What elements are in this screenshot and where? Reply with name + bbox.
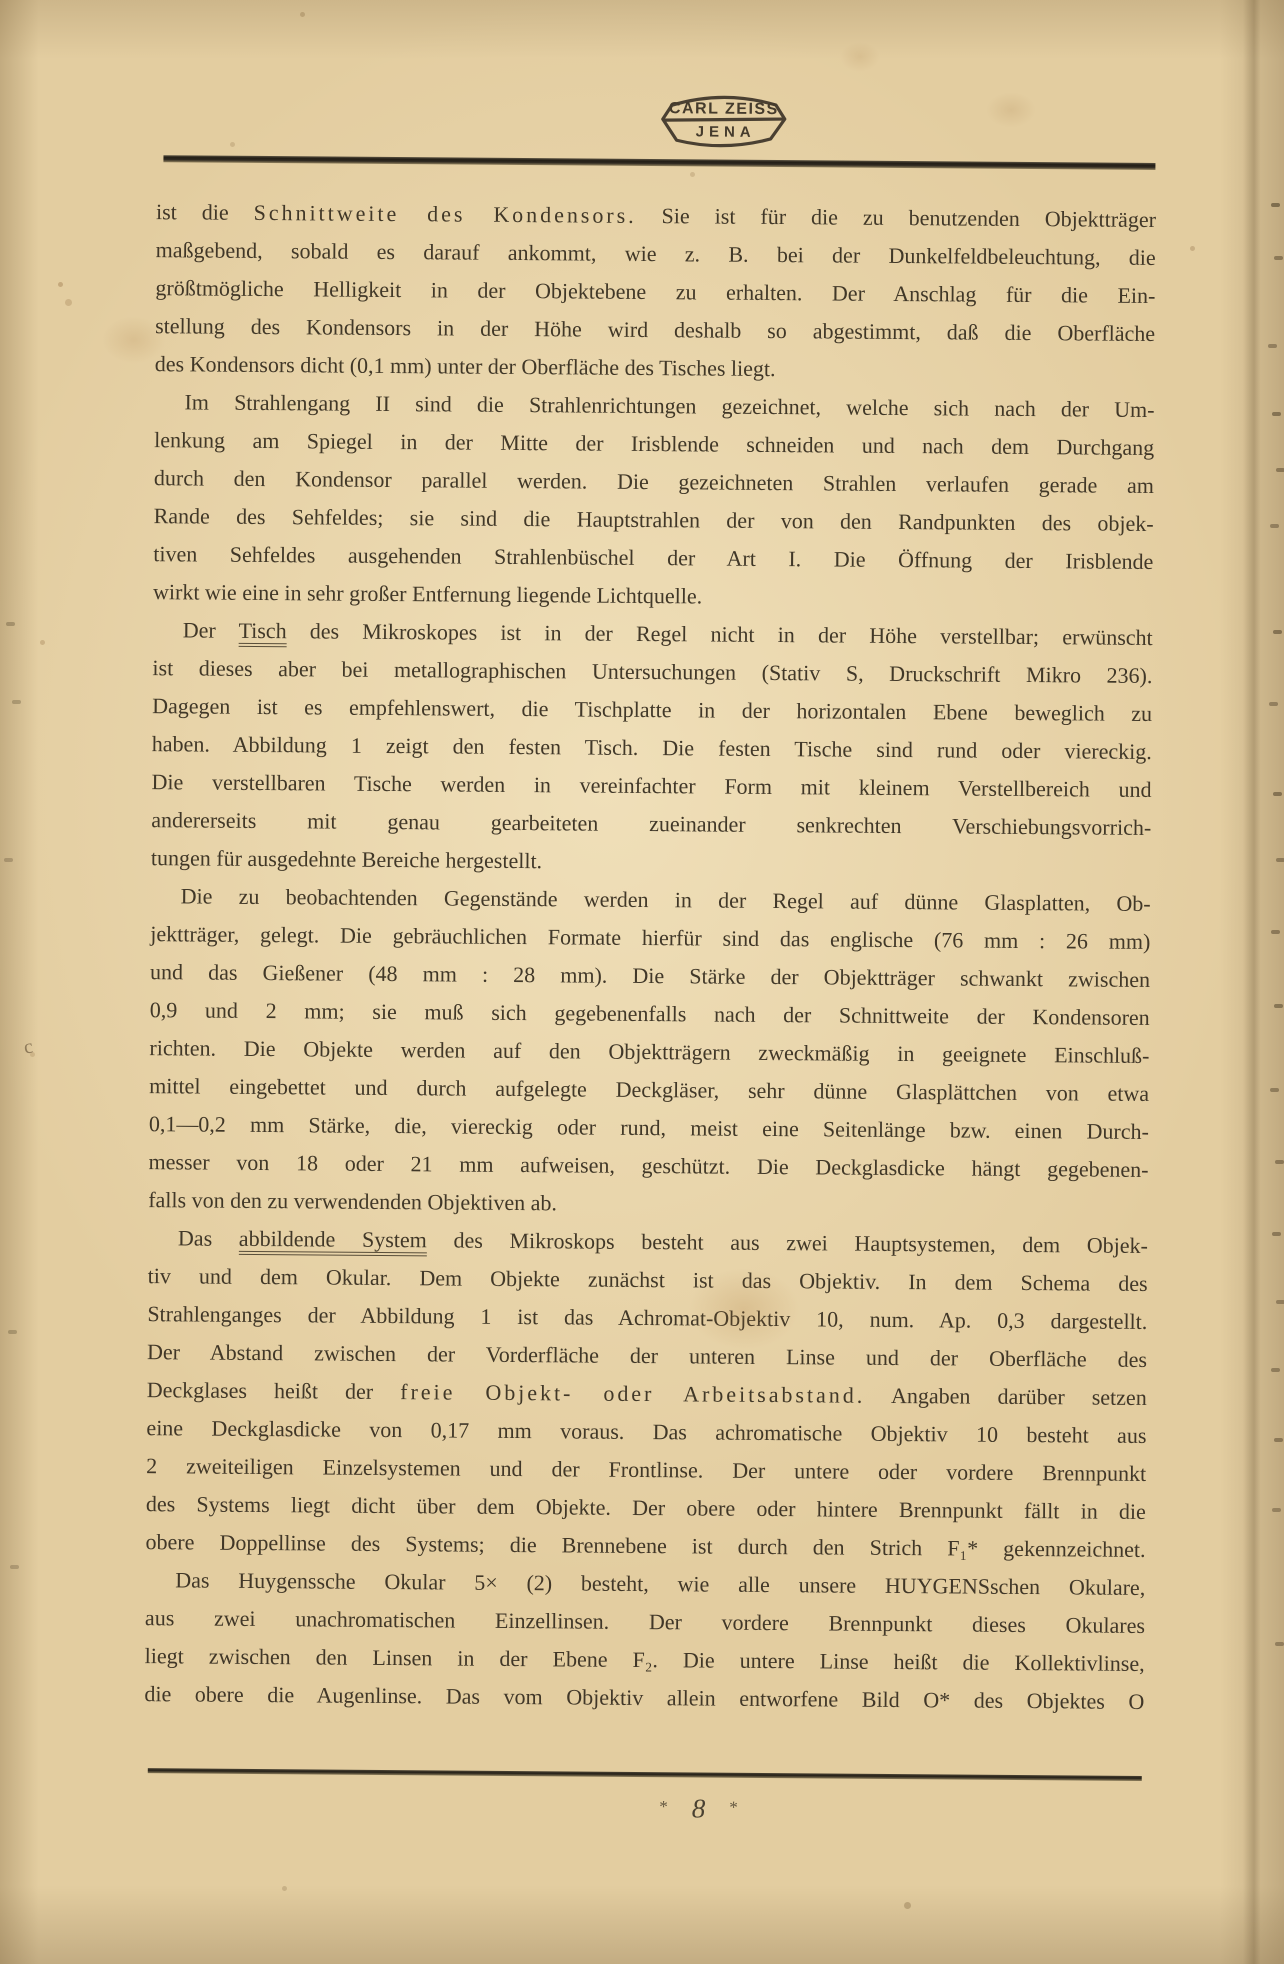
logo-text-bottom: JENA (696, 123, 756, 140)
page-footer: *8* (398, 1791, 998, 1827)
zeiss-badge-icon: CARL ZEISS JENA (657, 82, 792, 155)
footer-rule (148, 1768, 1142, 1781)
footer-ornament-left: * (659, 1797, 668, 1816)
paper-stain (840, 42, 880, 72)
logo-text-top: CARL ZEISS (669, 100, 779, 118)
paper-stain (986, 92, 1036, 128)
paper-stain (102, 316, 166, 364)
text-block: ist die Schnittweite des Kondensors. Sie… (144, 193, 1156, 1721)
page-edge-marks (0, 0, 9, 4)
page-content: CARL ZEISS JENA ist die Schnittweite des… (0, 0, 1284, 1964)
text-line: die obere die Augenlinse. Das vom Objekt… (144, 1675, 1144, 1721)
scanned-page: { "logo": { "top": "CARL ZEISS", "bottom… (0, 0, 1284, 1964)
header-rule (163, 155, 1155, 170)
page-number: 8 (692, 1793, 706, 1823)
paper-stain (688, 1268, 800, 1350)
page-crease (1243, 0, 1263, 1964)
carl-zeiss-jena-logo: CARL ZEISS JENA (657, 82, 792, 155)
footer-ornament-right: * (729, 1798, 738, 1817)
